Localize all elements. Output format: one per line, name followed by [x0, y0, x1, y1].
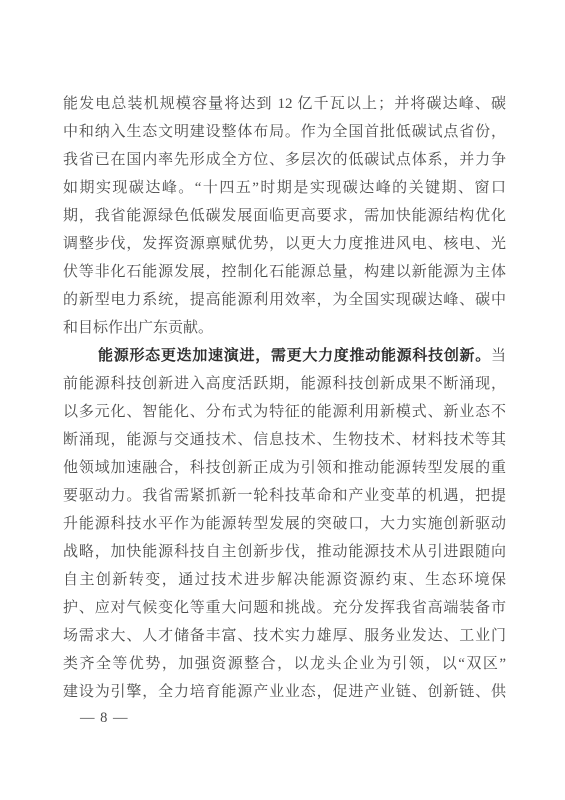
text-line: 类齐全等优势，加强资源整合，以龙头企业为引领，以“双区”: [63, 650, 506, 678]
text-line: 战略，加快能源科技自主创新步伐，推动能源技术从引进跟随向: [63, 538, 506, 566]
bold-lead-sentence: 能源形态更迭加速演进，需更大力度推动能源科技创新。: [98, 348, 491, 364]
text-line: 升能源科技水平作为能源转型发展的突破口，大力实施创新驱动: [63, 510, 506, 538]
text-line: 以多元化、智能化、分布式为特征的能源利用新模式、新业态不: [63, 398, 506, 426]
text-line: 期，我省能源绿色低碳发展面临更高要求，需加快能源结构优化: [63, 202, 506, 230]
text-line: 他领域加速融合，科技创新正成为引领和推动能源转型发展的重: [63, 454, 506, 482]
text-line: 断涌现，能源与交通技术、信息技术、生物技术、材料技术等其: [63, 426, 506, 454]
text-line: 如期实现碳达峰。“十四五”时期是实现碳达峰的关键期、窗口: [63, 174, 506, 202]
text-line: 建设为引擎，全力培育能源产业业态，促进产业链、创新链、供: [63, 678, 506, 706]
lead-tail-text: 当: [491, 348, 506, 364]
text-line: 要驱动力。我省需紧抓新一轮科技革命和产业变革的机遇，把提: [63, 482, 506, 510]
paragraph-carbon-peak: 能发电总装机规模容量将达到 12 亿千瓦以上；并将碳达峰、碳 中和纳入生态文明建…: [63, 90, 506, 342]
text-line: 我省已在国内率先形成全方位、多层次的低碳试点体系，并力争: [63, 146, 506, 174]
text-line: 前能源科技创新进入高度活跃期，能源科技创新成果不断涌现，: [63, 370, 506, 398]
text-line: 的新型电力系统，提高能源利用效率，为全国实现碳达峰、碳中: [63, 286, 506, 314]
text-line: 护、应对气候变化等重大问题和挑战。充分发挥我省高端装备市: [63, 594, 506, 622]
document-page: 能发电总装机规模容量将达到 12 亿千瓦以上；并将碳达峰、碳 中和纳入生态文明建…: [0, 0, 565, 800]
text-line: 中和纳入生态文明建设整体布局。作为全国首批低碳试点省份，: [63, 118, 506, 146]
text-line: 伏等非化石能源发展，控制化石能源总量，构建以新能源为主体: [63, 258, 506, 286]
text-line: 自主创新转变，通过技术进步解决能源资源约束、生态环境保: [63, 566, 506, 594]
paragraph-energy-innovation: 能源形态更迭加速演进，需更大力度推动能源科技创新。当 前能源科技创新进入高度活跃…: [63, 342, 506, 706]
text-line-lead: 能源形态更迭加速演进，需更大力度推动能源科技创新。当: [63, 342, 506, 370]
text-line: 和目标作出广东贡献。: [63, 314, 506, 342]
page-number: — 8 —: [80, 706, 129, 730]
text-line: 能发电总装机规模容量将达到 12 亿千瓦以上；并将碳达峰、碳: [63, 90, 506, 118]
text-line: 调整步伐，发挥资源禀赋优势，以更大力度推进风电、核电、光: [63, 230, 506, 258]
page-body: 能发电总装机规模容量将达到 12 亿千瓦以上；并将碳达峰、碳 中和纳入生态文明建…: [63, 90, 506, 706]
text-line: 场需求大、人才储备丰富、技术实力雄厚、服务业发达、工业门: [63, 622, 506, 650]
